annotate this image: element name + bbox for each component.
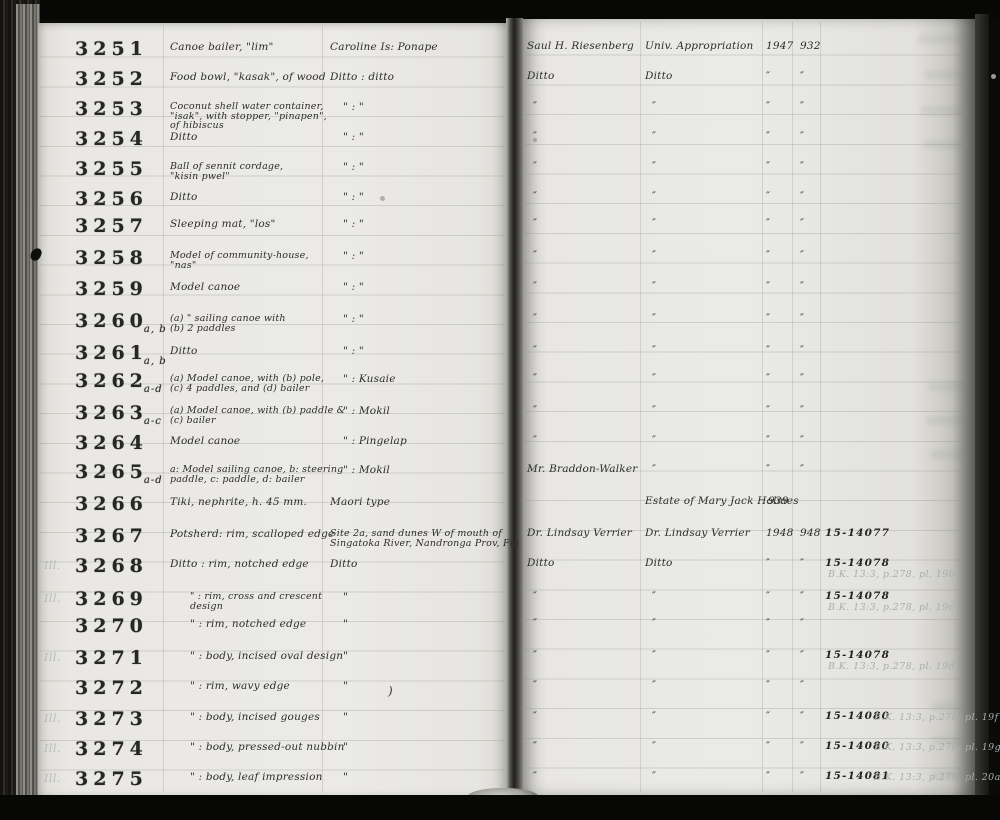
fund-source: Dr. Lindsay Verrier xyxy=(645,528,750,538)
year: ″ xyxy=(766,313,770,323)
column-rule xyxy=(762,22,763,792)
collector: ″ xyxy=(533,191,537,201)
fund-source: ″ xyxy=(652,191,656,201)
catalog-number: 3265a-d xyxy=(75,461,167,483)
ghost-bleedthrough xyxy=(932,770,970,779)
object-description: Potsherd: rim, scalloped edge xyxy=(170,529,334,539)
year: ″ xyxy=(766,741,770,751)
margin-mark: Ill. xyxy=(44,592,61,605)
locality: " xyxy=(343,712,348,722)
year: ″ xyxy=(766,680,770,690)
catalog-number: 3256 xyxy=(75,188,148,210)
object-description: " : rim, notched edge xyxy=(190,619,306,629)
locality: " : " xyxy=(343,282,364,292)
book-spine-gutter xyxy=(506,18,523,797)
locality: " xyxy=(343,651,348,661)
column-rule xyxy=(820,22,821,792)
object-description: Ditto xyxy=(170,132,198,142)
locality: " : Pingelap xyxy=(343,436,407,446)
ledger-right-page xyxy=(523,19,975,795)
accession-number: ″ xyxy=(800,771,804,781)
accession-number: ″ xyxy=(800,741,804,751)
accession-number: ″ xyxy=(800,650,804,660)
fund-source: ″ xyxy=(652,405,656,415)
collector: Saul H. Riesenberg xyxy=(527,41,634,51)
object-description: Food bowl, "kasak", of wood xyxy=(170,72,326,82)
fund-source: Ditto xyxy=(645,558,673,568)
locality: " : Mokil xyxy=(343,465,390,475)
catalog-number: 3255 xyxy=(75,158,148,180)
museum-number: 15-14078 xyxy=(825,558,890,568)
collector: ″ xyxy=(533,591,537,601)
accession-number: ″ xyxy=(800,281,804,291)
locality: Caroline Is: Ponape xyxy=(330,42,438,52)
collector: Ditto xyxy=(527,71,555,81)
locality: " xyxy=(343,772,348,782)
ghost-bleedthrough xyxy=(932,736,970,745)
accession-number: ″ xyxy=(800,101,804,111)
collector: ″ xyxy=(533,313,537,323)
year: ″ xyxy=(766,650,770,660)
accession-number: ″ xyxy=(800,435,804,445)
paper-speck xyxy=(380,196,385,201)
catalog-number: 3252 xyxy=(75,68,148,90)
fund-source: ″ xyxy=(652,591,656,601)
ghost-bleedthrough xyxy=(922,140,962,149)
year: ″ xyxy=(766,435,770,445)
object-description: Canoe bailer, "lim" xyxy=(170,42,274,52)
catalog-number: 3268 xyxy=(75,555,148,577)
catalog-number: 3273 xyxy=(75,708,148,730)
museum-number: 15-14078 xyxy=(825,591,890,601)
accession-number: ″ xyxy=(800,464,804,474)
object-description: " : body, leaf impression xyxy=(190,772,323,782)
object-description: (a) " sailing canoe with (b) 2 paddles xyxy=(170,314,286,333)
fund-source: ″ xyxy=(652,313,656,323)
accession-number: ″ xyxy=(800,618,804,628)
museum-number: 15-14078 xyxy=(825,650,890,660)
ghost-bleedthrough xyxy=(932,702,970,711)
locality: Ditto xyxy=(330,559,358,569)
fund-source: ″ xyxy=(652,711,656,721)
fund-source: ″ xyxy=(652,101,656,111)
catalog-number: 3253 xyxy=(75,98,148,120)
collector: ″ xyxy=(533,250,537,260)
object-description: Ball of sennit cordage, "kisin pwel" xyxy=(170,162,283,181)
margin-mark: Ill. xyxy=(44,651,61,664)
year: ″ xyxy=(766,405,770,415)
object-description: " : body, incised oval design xyxy=(190,651,343,661)
year: 1948 xyxy=(766,528,794,538)
fund-source: Univ. Appropriation xyxy=(645,41,754,51)
accession-number: ″ xyxy=(800,345,804,355)
accession-number: 932 xyxy=(800,41,821,51)
catalog-number: 3262a-d xyxy=(75,370,167,392)
fund-source: ″ xyxy=(652,281,656,291)
accession-number: ″ xyxy=(800,71,804,81)
year: ″ xyxy=(766,591,770,601)
year: ″ xyxy=(766,464,770,474)
collector: ″ xyxy=(533,345,537,355)
object-description: Ditto xyxy=(170,192,198,202)
collector: ″ xyxy=(533,435,537,445)
collector: ″ xyxy=(533,101,537,111)
catalog-number: 3251 xyxy=(75,38,148,60)
pencil-reference: B.K. 13:3, p.278, pl. 19d xyxy=(828,661,955,672)
faint-pencil-mark: 3 xyxy=(30,196,36,207)
year: ″ xyxy=(766,373,770,383)
locality: " xyxy=(343,592,348,602)
locality: " xyxy=(343,681,348,691)
accession-number: ″ xyxy=(800,711,804,721)
ghost-bleedthrough xyxy=(924,70,964,79)
locality: Maori type xyxy=(330,497,390,507)
fund-source: ″ xyxy=(652,650,656,660)
object-description: Ditto xyxy=(170,346,198,356)
object-description: a: Model sailing canoe, b: steering padd… xyxy=(170,465,343,484)
year: 1947 xyxy=(766,41,794,51)
year: ″ xyxy=(766,618,770,628)
museum-number: 15-14077 xyxy=(825,528,890,538)
year: ″ xyxy=(766,558,770,568)
fund-source: ″ xyxy=(652,435,656,445)
ghost-bleedthrough xyxy=(920,106,964,115)
locality: Site 2a, sand dunes W of mouth of Singat… xyxy=(330,529,519,548)
accession-number: ″ xyxy=(800,558,804,568)
margin-mark: Ill. xyxy=(44,742,61,755)
accession-number: 948 xyxy=(800,528,821,538)
year: ″ xyxy=(766,345,770,355)
object-description: " : rim, wavy edge xyxy=(190,681,290,691)
catalog-number-suffix: a, b xyxy=(144,356,167,367)
year: ″ xyxy=(766,131,770,141)
locality: " xyxy=(343,619,348,629)
year: ″ xyxy=(766,771,770,781)
collector: ″ xyxy=(533,771,537,781)
catalog-number: 3254 xyxy=(75,128,148,150)
catalog-number-suffix: a, b xyxy=(144,324,167,335)
collector: ″ xyxy=(533,281,537,291)
catalog-number: 3264 xyxy=(75,432,148,454)
paper-speck xyxy=(533,138,537,142)
catalog-number: 3271 xyxy=(75,647,148,669)
stray-ink-mark: ) xyxy=(388,684,393,698)
fund-source: ″ xyxy=(652,218,656,228)
margin-mark: Ill. xyxy=(44,772,61,785)
locality: " : Mokil xyxy=(343,406,390,416)
accession-number: ″ xyxy=(800,131,804,141)
locality: " : " xyxy=(343,251,364,261)
accession-number: ″ xyxy=(800,373,804,383)
column-rule xyxy=(640,22,641,792)
catalog-number: 3267 xyxy=(75,525,148,547)
collector: ″ xyxy=(533,405,537,415)
object-description: Ditto : rim, notched edge xyxy=(170,559,309,569)
right-page-edge xyxy=(975,14,989,804)
catalog-number: 3270 xyxy=(75,615,148,637)
ghost-bleedthrough xyxy=(926,416,966,425)
fund-source: ″ xyxy=(652,161,656,171)
film-speck xyxy=(991,74,996,79)
catalog-number: 3275 xyxy=(75,768,148,790)
catalog-number: 3266 xyxy=(75,493,148,515)
accession-number: ″ xyxy=(800,161,804,171)
accession-number: ″ xyxy=(800,680,804,690)
fund-source: ″ xyxy=(652,373,656,383)
collector: ″ xyxy=(533,650,537,660)
accession-number: ″ xyxy=(800,218,804,228)
catalog-number-suffix: a-d xyxy=(144,384,163,395)
object-description: Sleeping mat, "los" xyxy=(170,219,276,229)
accession-number: 939 xyxy=(768,496,789,506)
locality: " : " xyxy=(343,219,364,229)
collector: Ditto xyxy=(527,558,555,568)
pencil-reference: B.K. 13:3, p.278, pl. 19c xyxy=(828,602,954,613)
margin-mark: Ill. xyxy=(44,712,61,725)
page-stack-edge xyxy=(16,4,40,804)
year: ″ xyxy=(766,711,770,721)
pencil-reference: B.K. 13:3, p.278, pl. 19b xyxy=(828,569,955,580)
pencil-reference: B.K. 13:3, p.278, pl. 19f xyxy=(874,712,999,723)
catalog-number: 3272 xyxy=(75,677,148,699)
locality: " : " xyxy=(343,102,364,112)
object-description: (a) Model canoe, with (b) pole, (c) 4 pa… xyxy=(170,374,324,393)
catalog-number-suffix: a-c xyxy=(144,416,162,427)
ghost-bleedthrough xyxy=(918,34,964,44)
year: ″ xyxy=(766,191,770,201)
photo-top-border xyxy=(0,0,1000,19)
catalog-number: 3259 xyxy=(75,278,148,300)
locality: " : Kusaie xyxy=(343,374,396,384)
object-description: (a) Model canoe, with (b) paddle & (c) b… xyxy=(170,406,345,425)
collector: Dr. Lindsay Verrier xyxy=(527,528,632,538)
collector: ″ xyxy=(533,373,537,383)
locality: " : " xyxy=(343,192,364,202)
collector: Mr. Braddon-Walker xyxy=(527,464,637,474)
locality: " : " xyxy=(343,162,364,172)
column-rule xyxy=(792,22,793,792)
catalog-number: 3260a, b xyxy=(75,310,171,332)
accession-number: ″ xyxy=(800,313,804,323)
collector: ″ xyxy=(533,161,537,171)
catalog-number: 3258 xyxy=(75,247,148,269)
catalog-number-suffix: a-d xyxy=(144,475,163,486)
accession-number: ″ xyxy=(800,591,804,601)
catalog-number: 3274 xyxy=(75,738,148,760)
object-description: " : body, incised gouges xyxy=(190,712,320,722)
accession-number: ″ xyxy=(800,250,804,260)
locality: " xyxy=(343,742,348,752)
object-description: " : body, pressed-out nubbin xyxy=(190,742,345,752)
collector: ″ xyxy=(533,218,537,228)
year: ″ xyxy=(766,161,770,171)
accession-number: ″ xyxy=(800,191,804,201)
accession-number: ″ xyxy=(800,405,804,415)
locality: " : " xyxy=(343,314,364,324)
margin-mark: Ill. xyxy=(44,559,61,572)
object-description: Model canoe xyxy=(170,282,240,292)
catalog-number: 3263a-c xyxy=(75,402,166,424)
catalog-number: 3261a, b xyxy=(75,342,171,364)
object-description: " : rim, cross and crescent design xyxy=(190,592,322,611)
object-description: Coconut shell water container, "isak", w… xyxy=(170,102,327,131)
scanned-ledger-photo: 3251Canoe bailer, "lim"Caroline Is: Pona… xyxy=(0,0,1000,820)
year: ″ xyxy=(766,281,770,291)
collector: ″ xyxy=(533,741,537,751)
fund-source: ″ xyxy=(652,741,656,751)
fund-source: ″ xyxy=(652,131,656,141)
collector: ″ xyxy=(533,680,537,690)
fund-source: ″ xyxy=(652,680,656,690)
photo-bottom-border xyxy=(0,795,1000,820)
object-description: Model canoe xyxy=(170,436,240,446)
year: ″ xyxy=(766,218,770,228)
catalog-number: 3257 xyxy=(75,215,148,237)
fund-source: ″ xyxy=(652,250,656,260)
locality: " : " xyxy=(343,346,364,356)
collector: ″ xyxy=(533,618,537,628)
fund-source: ″ xyxy=(652,771,656,781)
ghost-bleedthrough xyxy=(928,382,968,391)
object-description: Model of community-house, "nas" xyxy=(170,251,309,270)
year: ″ xyxy=(766,250,770,260)
fund-source: ″ xyxy=(652,345,656,355)
fund-source: ″ xyxy=(652,464,656,474)
ghost-bleedthrough xyxy=(930,450,966,459)
year: ″ xyxy=(766,101,770,111)
catalog-number: 3269 xyxy=(75,588,148,610)
locality: " : " xyxy=(343,132,364,142)
locality: Ditto : ditto xyxy=(330,72,394,82)
fund-source: Ditto xyxy=(645,71,673,81)
collector: ″ xyxy=(533,711,537,721)
year: ″ xyxy=(766,71,770,81)
object-description: Tiki, nephrite, h. 45 mm. xyxy=(170,497,307,507)
fund-source: ″ xyxy=(652,618,656,628)
